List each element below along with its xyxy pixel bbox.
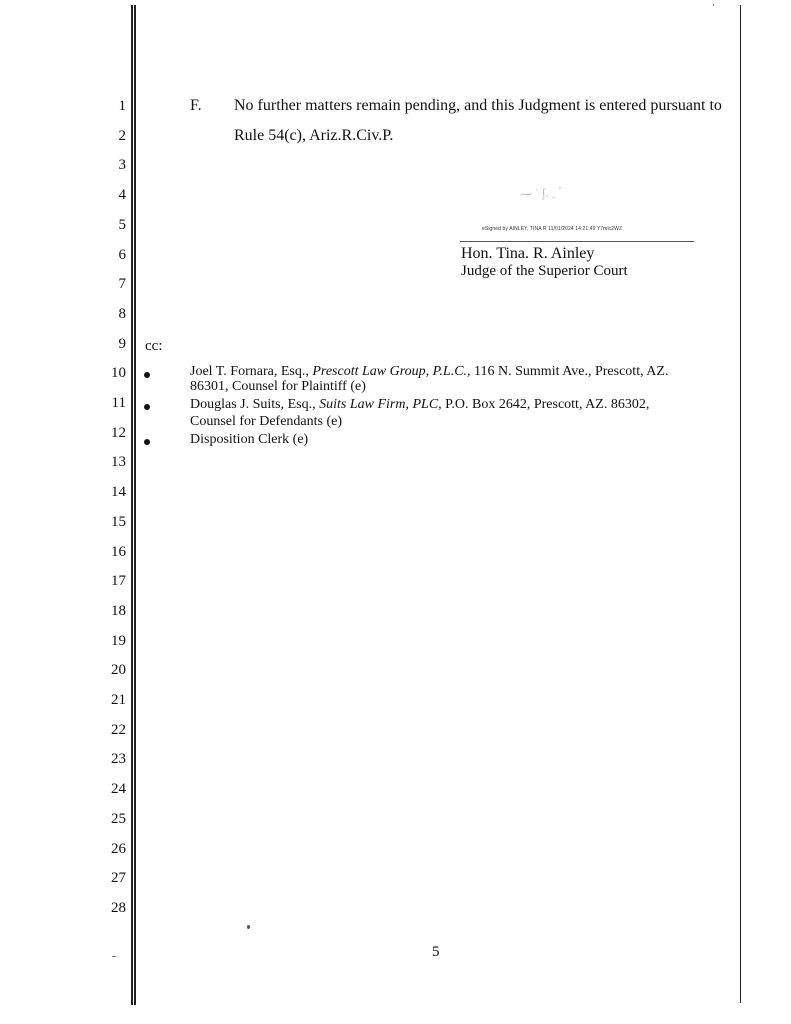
line-number: 16 <box>100 544 126 560</box>
cc-recipient-1-line-2: 86301, Counsel for Plaintiff (e) <box>190 379 366 395</box>
paragraph-line-1: No further matters remain pending, and t… <box>234 97 722 115</box>
line-number: 5 <box>100 217 126 233</box>
line-number: 21 <box>100 692 126 708</box>
line-number: 19 <box>100 633 126 649</box>
line-number: 3 <box>100 157 126 173</box>
cc-label: cc: <box>145 338 162 354</box>
line-number: 4 <box>100 187 126 203</box>
line-number: 8 <box>100 306 126 322</box>
line-number: 14 <box>100 484 126 500</box>
esignature-stamp: eSigned by AINLEY, TINA R 11/01/2024 14:… <box>482 226 622 232</box>
signature-line <box>460 241 694 242</box>
line-number: 17 <box>100 573 126 589</box>
cc-recipient-2-line-2: Counsel for Defendants (e) <box>190 414 342 430</box>
right-margin-rule <box>740 5 741 1003</box>
line-number: 15 <box>100 514 126 530</box>
scan-speck <box>713 4 714 6</box>
signature-scribble: ⁓ ˙ ∫. ˏ ´ <box>520 185 563 203</box>
bullet-icon <box>144 404 150 410</box>
line-number: 22 <box>100 722 126 738</box>
recipient-name: Douglas J. Suits, Esq., <box>190 397 316 412</box>
line-number: 7 <box>100 276 126 292</box>
line-number: 24 <box>100 781 126 797</box>
paragraph-line-2: Rule 54(c), Ariz.R.Civ.P. <box>234 127 393 145</box>
cc-recipient-1-line-1: Joel T. Fornara, Esq., Prescott Law Grou… <box>190 364 668 380</box>
line-number: 13 <box>100 454 126 470</box>
judge-title: Judge of the Superior Court <box>461 262 628 280</box>
paragraph-label: F. <box>190 97 202 115</box>
page-number: 5 <box>432 943 440 961</box>
line-number: 28 <box>100 900 126 916</box>
line-number: 2 <box>100 128 126 144</box>
recipient-address: P.O. Box 2642, Prescott, AZ. 86302, <box>445 397 649 412</box>
cc-recipient-2-line-1: Douglas J. Suits, Esq., Suits Law Firm, … <box>190 397 649 413</box>
line-number: 26 <box>100 841 126 857</box>
left-margin-rule-inner <box>134 5 136 1005</box>
recipient-firm: Prescott Law Group, P.L.C., <box>312 364 470 379</box>
line-number: 25 <box>100 811 126 827</box>
line-number: 1 <box>100 98 126 114</box>
line-number: 23 <box>100 751 126 767</box>
scan-speck <box>112 956 116 957</box>
scan-speck <box>247 925 250 929</box>
line-number: 20 <box>100 662 126 678</box>
line-number: 11 <box>100 395 126 411</box>
line-number: 18 <box>100 603 126 619</box>
judge-name: Hon. Tina. R. Ainley <box>461 245 594 263</box>
recipient-address: 116 N. Summit Ave., Prescott, AZ. <box>474 364 668 379</box>
bullet-icon <box>144 372 150 378</box>
line-number: 12 <box>100 425 126 441</box>
line-number: 27 <box>100 870 126 886</box>
recipient-name: Joel T. Fornara, Esq., <box>190 364 309 379</box>
line-number: 6 <box>100 247 126 263</box>
recipient-firm: Suits Law Firm, PLC, <box>319 397 442 412</box>
line-number: 10 <box>100 365 126 381</box>
bullet-icon <box>144 439 150 445</box>
line-number: 9 <box>100 336 126 352</box>
cc-recipient-3: Disposition Clerk (e) <box>190 432 308 448</box>
left-margin-rule-outer <box>131 5 133 1005</box>
